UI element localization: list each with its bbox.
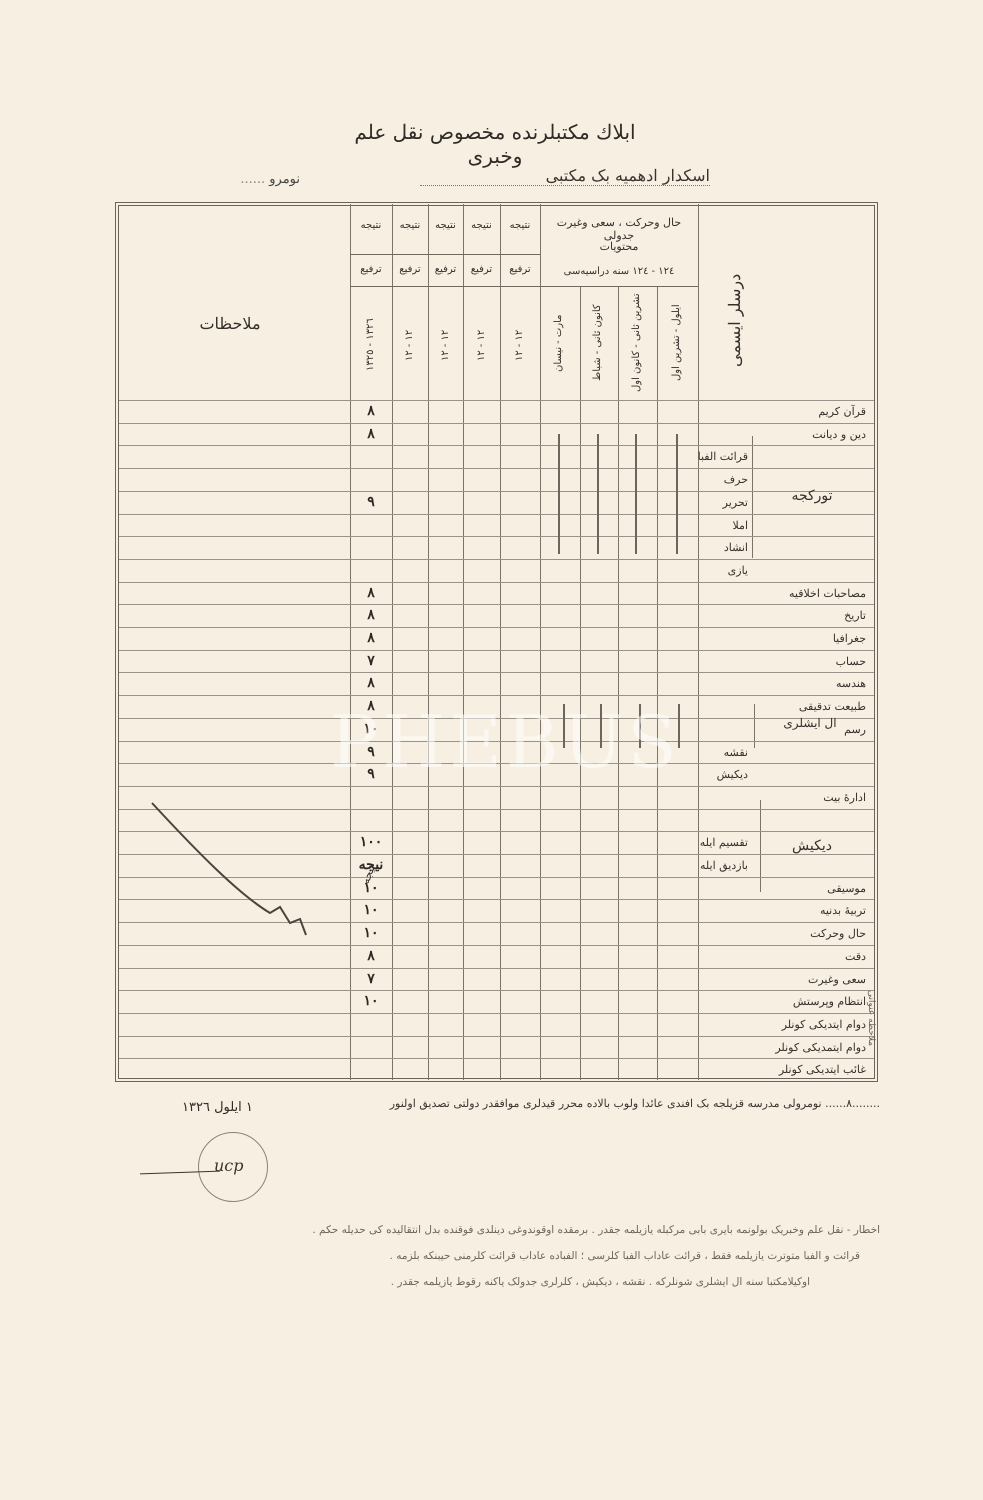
table-divider bbox=[350, 204, 351, 1080]
subject-name: مصاحبات اخلاقیه bbox=[700, 587, 866, 600]
subject-name: انشاد bbox=[700, 541, 748, 554]
grade-value: ٨ bbox=[352, 426, 390, 442]
table-divider bbox=[392, 204, 393, 1080]
subject-name: تاریخ bbox=[700, 609, 866, 622]
table-divider bbox=[698, 204, 699, 1080]
table-header-sub: محتویات bbox=[542, 240, 696, 253]
subject-name: دیکیش bbox=[700, 768, 748, 781]
subject-name: بازدیق ایله bbox=[700, 859, 748, 872]
row-line bbox=[119, 786, 874, 787]
exam-col-sub: ترفیع bbox=[392, 264, 428, 275]
note-line-2: قرائت و الفبا متوترت یازیلمه فقط ، قرائت… bbox=[180, 1250, 860, 1262]
grade-value: ٨ bbox=[352, 948, 390, 964]
remarks-header: ملاحظات bbox=[150, 314, 310, 333]
row-line bbox=[119, 559, 874, 560]
subject-name: هندسه bbox=[700, 677, 866, 690]
row-line bbox=[119, 945, 874, 946]
number-value: ...... bbox=[240, 172, 265, 187]
subject-name: یازی bbox=[700, 564, 748, 577]
table-divider bbox=[618, 286, 619, 1080]
brace-mark bbox=[597, 434, 599, 554]
row-line bbox=[119, 1036, 874, 1037]
note-line-1: اخطار - نقل علم وخبریک بولونمه بایری باب… bbox=[200, 1224, 880, 1236]
row-line bbox=[119, 491, 874, 492]
diagonal-signature bbox=[140, 795, 320, 945]
brace-mark bbox=[676, 434, 678, 554]
row-line bbox=[119, 650, 874, 651]
exam-col-sub: ترفیع bbox=[350, 264, 392, 275]
grade-value: ٨ bbox=[352, 630, 390, 646]
subject-name: حال وحرکت bbox=[700, 927, 866, 940]
exam-col-label: نتیجه bbox=[463, 220, 500, 231]
exam-col-label: نتیجه bbox=[500, 220, 540, 231]
row-line bbox=[119, 582, 874, 583]
row-line bbox=[119, 604, 874, 605]
row-line bbox=[119, 672, 874, 673]
exam-col-dates: ١٣٢٦ - ١٣٢٥ bbox=[365, 300, 376, 390]
exam-col-label: نتیجه bbox=[350, 220, 392, 231]
brace-mark bbox=[558, 434, 560, 554]
exam-col-sub: ترفیع bbox=[463, 264, 500, 275]
row-line bbox=[119, 695, 874, 696]
watermark: PHEBUS bbox=[330, 700, 681, 784]
month-column-header: تشرین ثانی - کانون اول bbox=[631, 292, 642, 394]
header-divider bbox=[350, 254, 540, 255]
grade-value: ٧ bbox=[352, 653, 390, 669]
subject-name: ادارهٔ بیت bbox=[700, 791, 866, 804]
table-divider bbox=[760, 800, 761, 892]
subject-name: دوام ایتدیکی کونلر bbox=[700, 1018, 866, 1031]
exam-col-label: نتیجه bbox=[428, 220, 463, 231]
exam-col-sub: ترفیع bbox=[500, 264, 540, 275]
subject-name: غائب ایتدیکی کونلر bbox=[700, 1063, 866, 1076]
group-sewing: دیکیش bbox=[762, 838, 862, 854]
row-line bbox=[119, 627, 874, 628]
row-line bbox=[119, 445, 874, 446]
grade-value: ١٠ bbox=[352, 902, 390, 918]
school-year: ١٢٤ - ١٢٤ سنه دراسیه‌سی bbox=[542, 266, 696, 277]
subject-name: طبیعت تدقیقی bbox=[700, 700, 866, 713]
month-column-header: کانون ثانی - شباط bbox=[592, 292, 603, 394]
grade-value: ٨ bbox=[352, 675, 390, 691]
row-line bbox=[119, 536, 874, 537]
subject-name: حرف bbox=[700, 473, 748, 486]
group-handicraft: ال ایشلری bbox=[758, 716, 862, 730]
row-line bbox=[119, 400, 874, 401]
row-line bbox=[119, 423, 874, 424]
number-label: نومرو bbox=[269, 172, 300, 187]
grade-value: ١٠ bbox=[352, 925, 390, 941]
student-name-handwritten: درسلر ایسمی bbox=[725, 250, 744, 390]
subject-name: موسیقی bbox=[700, 882, 866, 895]
subject-name: نقشه bbox=[700, 746, 748, 759]
group-turkish: تورکجه bbox=[762, 488, 862, 504]
number-field: نومرو ...... bbox=[160, 172, 300, 187]
exam-col-dates: ١٢ - ١٢ bbox=[514, 300, 525, 390]
subject-name: جغرافیا bbox=[700, 632, 866, 645]
row-line bbox=[119, 514, 874, 515]
table-header-main: حال وحرکت ، سعی وغیرت جدولی bbox=[542, 216, 696, 242]
table-divider bbox=[580, 286, 581, 1080]
subject-name: دقت bbox=[700, 950, 866, 963]
exam-col-label: نتیجه bbox=[392, 220, 428, 231]
subject-name: دوام ایتمدیکی کونلر bbox=[700, 1041, 866, 1054]
exam-col-dates: ١٢ - ١٢ bbox=[476, 300, 487, 390]
subject-name: قرآن کریم bbox=[700, 405, 866, 418]
school-name-field: اسکدار ادهمیه بک مکتبی bbox=[420, 166, 710, 186]
subject-name: سعی وغیرت bbox=[700, 973, 866, 986]
issue-date: ١ ايلول ١٣٢٦ bbox=[182, 1100, 253, 1115]
subject-name: املا bbox=[700, 519, 748, 532]
table-divider bbox=[428, 204, 429, 1080]
row-line bbox=[119, 990, 874, 991]
table-divider bbox=[657, 286, 658, 1080]
grade-value: ٧ bbox=[352, 971, 390, 987]
exam-col-dates: ١٢ - ١٢ bbox=[440, 300, 451, 390]
subject-name: حساب bbox=[700, 655, 866, 668]
certification-line: ........٨...... نومرولی مدرسه قزیلجه بک … bbox=[300, 1097, 880, 1110]
subject-name: تربیهٔ بدنیه bbox=[700, 904, 866, 917]
table-divider bbox=[752, 436, 753, 558]
header-divider bbox=[350, 286, 698, 287]
grade-value: ٨ bbox=[352, 607, 390, 623]
subject-name: تحریر bbox=[700, 496, 748, 509]
grade-value: ٨ bbox=[352, 403, 390, 419]
subject-name: قرائت الفبا bbox=[700, 450, 748, 463]
subject-name: انتظام وپرستش bbox=[700, 995, 866, 1008]
subject-name: دین و دیانت bbox=[700, 428, 866, 441]
month-column-header: ایلول - تشرین اول bbox=[671, 292, 682, 394]
brace-mark bbox=[635, 434, 637, 554]
table-divider bbox=[463, 204, 464, 1080]
table-divider bbox=[500, 204, 501, 1080]
grade-value: ٨ bbox=[352, 585, 390, 601]
subject-name: تقسیم ایله bbox=[700, 836, 748, 849]
row-line bbox=[119, 968, 874, 969]
grade-value: ١٠ bbox=[352, 993, 390, 1009]
note-line-3: اوکیلامکتبا سنه ال ایشلری شونلرکه . نقشه… bbox=[250, 1276, 810, 1288]
table-divider bbox=[540, 204, 541, 1080]
row-line bbox=[119, 468, 874, 469]
row-line bbox=[119, 1013, 874, 1014]
row-line bbox=[119, 1058, 874, 1059]
grade-value: ٩ bbox=[352, 494, 390, 510]
exam-col-dates: ١٢ - ١٢ bbox=[404, 300, 415, 390]
month-column-header: مارت - نیسان bbox=[553, 292, 564, 394]
seal-signature: ucp bbox=[214, 1156, 244, 1175]
document-title: ابلاك مكتبلرنده مخصوص نقل علم وخبری bbox=[330, 120, 660, 168]
margin-note: ملاحظه عنوانی bbox=[866, 990, 876, 1046]
exam-col-sub: ترفیع bbox=[428, 264, 463, 275]
